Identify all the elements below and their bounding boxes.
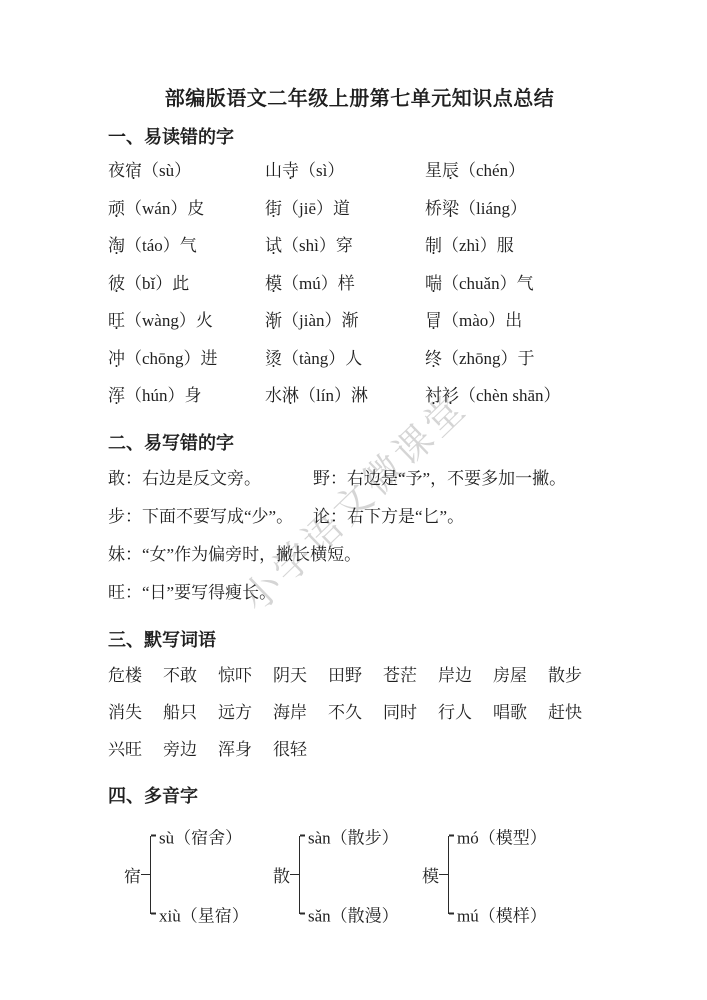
- bracket: sù（宿舍）xiù（星宿）: [150, 836, 151, 914]
- pinyin-entry: 桥梁（liáng）: [425, 190, 611, 228]
- emphasized-character: 淋: [282, 387, 299, 404]
- note-row: 妹：“女”作为偏旁时，撇长横短。: [108, 536, 611, 574]
- pinyin-entry: 试（shì）穿: [265, 227, 425, 265]
- text-segment: （sù）: [142, 161, 191, 180]
- polyphone-reading: sù（宿舍）: [151, 823, 242, 848]
- polyphone-reading: sàn（散步）: [300, 823, 399, 848]
- dictation-word: 远方: [218, 694, 252, 731]
- pinyin-row: 夜宿（sù）山寺（sì）星辰（chén）: [108, 152, 611, 190]
- emphasized-character: 喘: [425, 275, 442, 292]
- dictation-word: 不久: [328, 694, 362, 731]
- text-segment: 山: [265, 161, 282, 180]
- text-segment: （chōng）进: [125, 349, 218, 368]
- pinyin-entry: 渐（jiàn）渐: [265, 302, 425, 340]
- pinyin-entry: 喘（chuǎn）气: [425, 265, 611, 303]
- text-segment: （táo）气: [125, 236, 197, 255]
- emphasized-character: 辰: [442, 162, 459, 179]
- polyphone-character: 模: [422, 862, 439, 887]
- pinyin-entry: 旺（wàng）火: [108, 302, 265, 340]
- dictation-word: 田野: [328, 657, 362, 694]
- pinyin-entry: 顽（wán）皮: [108, 190, 265, 228]
- emphasized-character: 烫: [265, 350, 282, 367]
- dictation-word: 苍茫: [383, 657, 417, 694]
- text-segment: （shì）穿: [282, 236, 353, 255]
- note-text: 论：右下方是“匕”。: [313, 507, 464, 526]
- emphasized-character: 顽: [108, 200, 125, 217]
- document-page: 部编版语文二年级上册第七单元知识点总结 一、易读错的字 夜宿（sù）山寺（sì）…: [0, 0, 707, 1000]
- word-row: 兴旺旁边浑身很轻: [108, 731, 611, 768]
- emphasized-character: 衫: [442, 387, 459, 404]
- pinyin-entry: 街（jiē）道: [265, 190, 425, 228]
- bracket-tie-line: [290, 874, 299, 875]
- text-segment: （sì）: [299, 161, 344, 180]
- word-row: 消失船只远方海岸不久同时行人唱歌赶快: [108, 694, 611, 731]
- pinyin-row: 旺（wàng）火渐（jiàn）渐冒（mào）出: [108, 302, 611, 340]
- dictation-word: 唱歌: [493, 694, 527, 731]
- polyphone-character: 宿: [124, 862, 141, 887]
- text-segment: （hún）身: [125, 386, 202, 405]
- polyphone-group: 散sàn（散步）sǎn（散漫）: [273, 836, 422, 914]
- writing-notes: 敢：右边是反文旁。野：右边是“予”，不要多加一撇。步：下面不要写成“少”。论：右…: [108, 460, 611, 612]
- dictation-word: 惊吓: [218, 657, 252, 694]
- text-segment: （chuǎn）气: [442, 274, 534, 293]
- emphasized-character: 渐: [265, 312, 282, 329]
- emphasized-character: 旺: [108, 312, 125, 329]
- polyphone-diagrams: 宿sù（宿舍）xiù（星宿）散sàn（散步）sǎn（散漫）模mó（模型）mú（模…: [108, 823, 611, 927]
- text-segment: 星: [425, 161, 442, 180]
- text-segment: （chén）: [459, 161, 525, 180]
- emphasized-character: 淘: [108, 237, 125, 254]
- dictation-word: 海岸: [273, 694, 307, 731]
- text-segment: （wán）皮: [125, 199, 204, 218]
- text-segment: （wàng）火: [125, 311, 213, 330]
- pinyin-entry: 烫（tàng）人: [265, 340, 425, 378]
- text-segment: （zhì）服: [442, 236, 514, 255]
- dictation-word: 很轻: [273, 731, 307, 768]
- pinyin-row: 彼（bǐ）此模（mú）样喘（chuǎn）气: [108, 265, 611, 303]
- note-text: 野：右边是“予”，不要多加一撇。: [313, 469, 566, 488]
- pinyin-entry: 终（zhōng）于: [425, 340, 611, 378]
- dictation-word: 不敢: [163, 657, 197, 694]
- text-segment: （zhōng）于: [442, 349, 535, 368]
- text-segment: （lín）淋: [299, 386, 368, 405]
- emphasized-character: 浑: [108, 387, 125, 404]
- pinyin-entry: 山寺（sì）: [265, 152, 425, 190]
- note-row: 步：下面不要写成“少”。论：右下方是“匕”。: [108, 498, 611, 536]
- text-segment: （jiē）道: [282, 199, 350, 218]
- section-heading-dictation-words: 三、默写词语: [108, 628, 611, 653]
- emphasized-character: 制: [425, 237, 442, 254]
- emphasized-character: 寺: [282, 162, 299, 179]
- polyphone-character: 散: [273, 862, 290, 887]
- note-text: 敢：右边是反文旁。: [108, 460, 313, 498]
- polyphone-reading: sǎn（散漫）: [300, 901, 399, 926]
- note-row: 旺：“日”要写得瘦长。: [108, 574, 611, 612]
- note-text: 旺：“日”要写得瘦长。: [108, 583, 276, 602]
- section-heading-easily-miswritten: 二、易写错的字: [108, 431, 611, 456]
- dictation-word: 消失: [108, 694, 142, 731]
- document-title: 部编版语文二年级上册第七单元知识点总结: [108, 85, 611, 113]
- emphasized-character: 衬: [425, 387, 442, 404]
- bracket: mó（模型）mú（模样）: [448, 836, 449, 914]
- pinyin-entry: 模（mú）样: [265, 265, 425, 303]
- dictation-word: 房屋: [493, 657, 527, 694]
- text-segment: （mào）出: [442, 311, 522, 330]
- dictation-word: 船只: [163, 694, 197, 731]
- dictation-word: 危楼: [108, 657, 142, 694]
- polyphone-reading: mó（模型）: [449, 823, 547, 848]
- emphasized-character: 试: [265, 237, 282, 254]
- text-segment: 夜: [108, 161, 125, 180]
- text-segment: 水: [265, 386, 282, 405]
- dictation-word: 散步: [548, 657, 582, 694]
- pinyin-entry: 制（zhì）服: [425, 227, 611, 265]
- polyphone-group: 模mó（模型）mú（模样）: [422, 836, 571, 914]
- text-segment: （chèn shān）: [459, 386, 561, 405]
- pinyin-entry: 衬衫（chèn shān）: [425, 377, 611, 415]
- bracket: sàn（散步）sǎn（散漫）: [299, 836, 300, 914]
- emphasized-character: 终: [425, 350, 442, 367]
- bracket-tie-line: [141, 874, 150, 875]
- emphasized-character: 宿: [125, 162, 142, 179]
- dictation-word-list: 危楼不敢惊吓阴天田野苍茫岸边房屋散步消失船只远方海岸不久同时行人唱歌赶快兴旺旁边…: [108, 657, 611, 768]
- emphasized-character: 冲: [108, 350, 125, 367]
- dictation-word: 岸边: [438, 657, 472, 694]
- note-text: 妹：“女”作为偏旁时，撇长横短。: [108, 545, 361, 564]
- pinyin-entry: 水淋（lín）淋: [265, 377, 425, 415]
- bracket-tie-line: [439, 874, 448, 875]
- pinyin-entry: 浑（hún）身: [108, 377, 265, 415]
- note-text: 步：下面不要写成“少”。: [108, 498, 313, 536]
- text-segment: （tàng）人: [282, 349, 362, 368]
- emphasized-character: 梁: [442, 200, 459, 217]
- dictation-word: 同时: [383, 694, 417, 731]
- dictation-word: 阴天: [273, 657, 307, 694]
- word-row: 危楼不敢惊吓阴天田野苍茫岸边房屋散步: [108, 657, 611, 694]
- pinyin-entry: 星辰（chén）: [425, 152, 611, 190]
- dictation-word: 兴旺: [108, 731, 142, 768]
- emphasized-character: 冒: [425, 312, 442, 329]
- polyphone-group: 宿sù（宿舍）xiù（星宿）: [124, 836, 273, 914]
- text-segment: 桥: [425, 199, 442, 218]
- section-heading-easily-misread: 一、易读错的字: [108, 125, 611, 150]
- pinyin-entry: 淘（táo）气: [108, 227, 265, 265]
- text-segment: （bǐ）此: [125, 274, 189, 293]
- note-row: 敢：右边是反文旁。野：右边是“予”，不要多加一撇。: [108, 460, 611, 498]
- pinyin-grid: 夜宿（sù）山寺（sì）星辰（chén）顽（wán）皮街（jiē）道桥梁（liá…: [108, 152, 611, 415]
- text-segment: （jiàn）渐: [282, 311, 359, 330]
- emphasized-character: 街: [265, 200, 282, 217]
- dictation-word: 旁边: [163, 731, 197, 768]
- pinyin-entry: 夜宿（sù）: [108, 152, 265, 190]
- pinyin-row: 浑（hún）身水淋（lín）淋衬衫（chèn shān）: [108, 377, 611, 415]
- text-segment: （mú）样: [282, 274, 355, 293]
- polyphone-reading: xiù（星宿）: [151, 901, 249, 926]
- emphasized-character: 彼: [108, 275, 125, 292]
- pinyin-row: 顽（wán）皮街（jiē）道桥梁（liáng）: [108, 190, 611, 228]
- polyphone-reading: mú（模样）: [449, 901, 547, 926]
- section-heading-polyphones: 四、多音字: [108, 784, 611, 809]
- dictation-word: 赶快: [548, 694, 582, 731]
- pinyin-row: 淘（táo）气试（shì）穿制（zhì）服: [108, 227, 611, 265]
- pinyin-row: 冲（chōng）进烫（tàng）人终（zhōng）于: [108, 340, 611, 378]
- text-segment: （liáng）: [459, 199, 527, 218]
- dictation-word: 浑身: [218, 731, 252, 768]
- pinyin-entry: 冒（mào）出: [425, 302, 611, 340]
- emphasized-character: 模: [265, 275, 282, 292]
- pinyin-entry: 彼（bǐ）此: [108, 265, 265, 303]
- pinyin-entry: 冲（chōng）进: [108, 340, 265, 378]
- dictation-word: 行人: [438, 694, 472, 731]
